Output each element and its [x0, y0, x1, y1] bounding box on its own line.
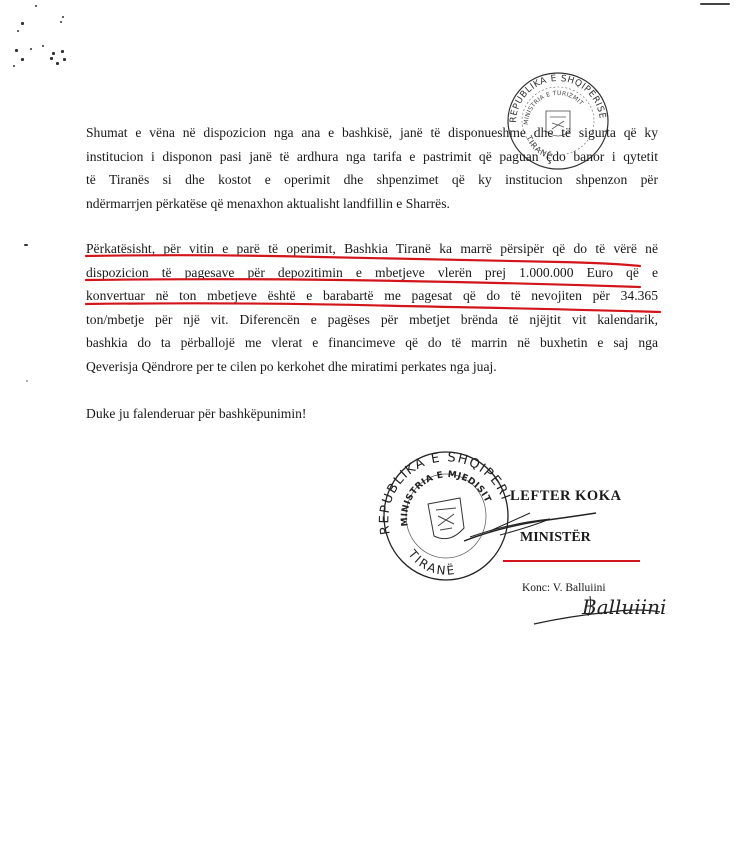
signatory-name: LEFTER KOKA [510, 488, 621, 505]
svg-text:Balluiini: Balluiini [581, 595, 666, 619]
title-underline [503, 560, 640, 562]
closing-thanks: Duke ju falenderuar për bashkëpunimin! [86, 402, 658, 426]
svg-text:TIRANË: TIRANË [405, 546, 457, 578]
text-line: Duke ju falenderuar për bashkëpunimin! [86, 402, 658, 426]
signatory-title: MINISTËR [520, 530, 591, 546]
document-page: REPUBLIKA E SHQIPËRISË MINISTRIA E TURIZ… [0, 0, 737, 846]
handwritten-signature-icon: Balluiini [530, 590, 680, 635]
